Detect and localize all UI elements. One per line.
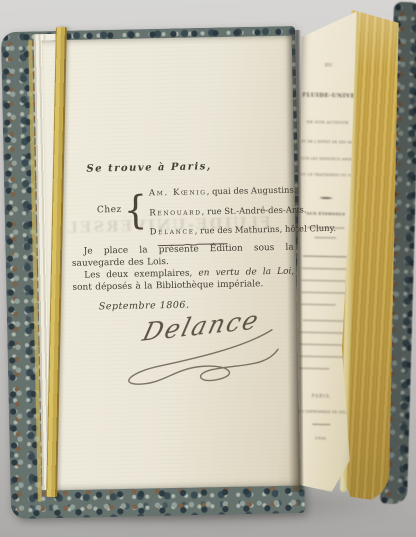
blurred-text-line: [301, 303, 336, 305]
blurred-text-line: [300, 355, 346, 358]
title-line: DE SON ACTIVITÉ: [302, 119, 354, 125]
imprint-city: PARIS,: [296, 393, 348, 399]
title-line: FLUIDE-UNIVERSEL: [302, 91, 354, 99]
chez-label: Chez: [97, 205, 124, 216]
bookseller-line: Am. Kœnig, quai des Augustins.: [149, 186, 297, 199]
imprint-heading: Se trouve à Paris,: [44, 160, 254, 175]
blurred-text-line: [302, 267, 348, 270]
blurred-text-line: [300, 367, 330, 369]
title-line: DU: [303, 62, 355, 68]
bookseller-address: , quai des Augustins.: [207, 186, 297, 198]
signature-flourish-icon: [105, 325, 299, 397]
bookseller-name: Am. Kœnig: [149, 187, 207, 198]
left-page: FLUIDE-UNIVERSEL Se trouve à Paris, Chez…: [42, 36, 301, 491]
left-page-text: FLUIDE-UNIVERSEL Se trouve à Paris, Chez…: [42, 36, 301, 491]
title-page-text: DU FLUIDE-UNIVERSEL DE SON ACTIVITÉ ET D…: [304, 5, 356, 6]
gutter-shadow: [285, 30, 303, 492]
blurred-text-line: [300, 331, 346, 334]
deposit-notice-paragraph: Les deux exemplaires, en vertu de la Loi…: [72, 266, 294, 294]
rule: [312, 424, 330, 425]
date-line: Septembre 1806.: [99, 300, 190, 313]
imprint-printer: DE L'IMPRIMERIE DE DELANCE.: [296, 409, 348, 414]
notice-text: Les deux exemplaires,: [84, 268, 198, 280]
blurred-text-line: [301, 291, 347, 294]
blurred-text-line: [300, 343, 345, 346]
blurred-text-line: [303, 320, 347, 323]
bookseller-line: Renouard, rue St.-André-des-Arts.: [149, 205, 306, 218]
blurred-text-line: [314, 237, 336, 239]
bookseller-lines: Am. Kœnig, quai des Augustins. Renouard,…: [147, 177, 336, 239]
notice-emphasis: en vertu de la Loi: [198, 267, 291, 279]
rule: [303, 256, 347, 258]
bookseller-name: Renouard: [149, 207, 201, 218]
blurred-text-line: [301, 279, 346, 282]
brace-glyph: {: [123, 190, 147, 229]
title-line: ET DE L'EFFET DE SES MODIFICATIONS: [301, 139, 353, 144]
book-photo: DU FLUIDE-UNIVERSEL DE SON ACTIVITÉ ET D…: [0, 0, 416, 537]
signature: Delance: [102, 300, 299, 400]
title-line: SUR LES INDIVIDUS ANIMÉS: [301, 156, 353, 161]
